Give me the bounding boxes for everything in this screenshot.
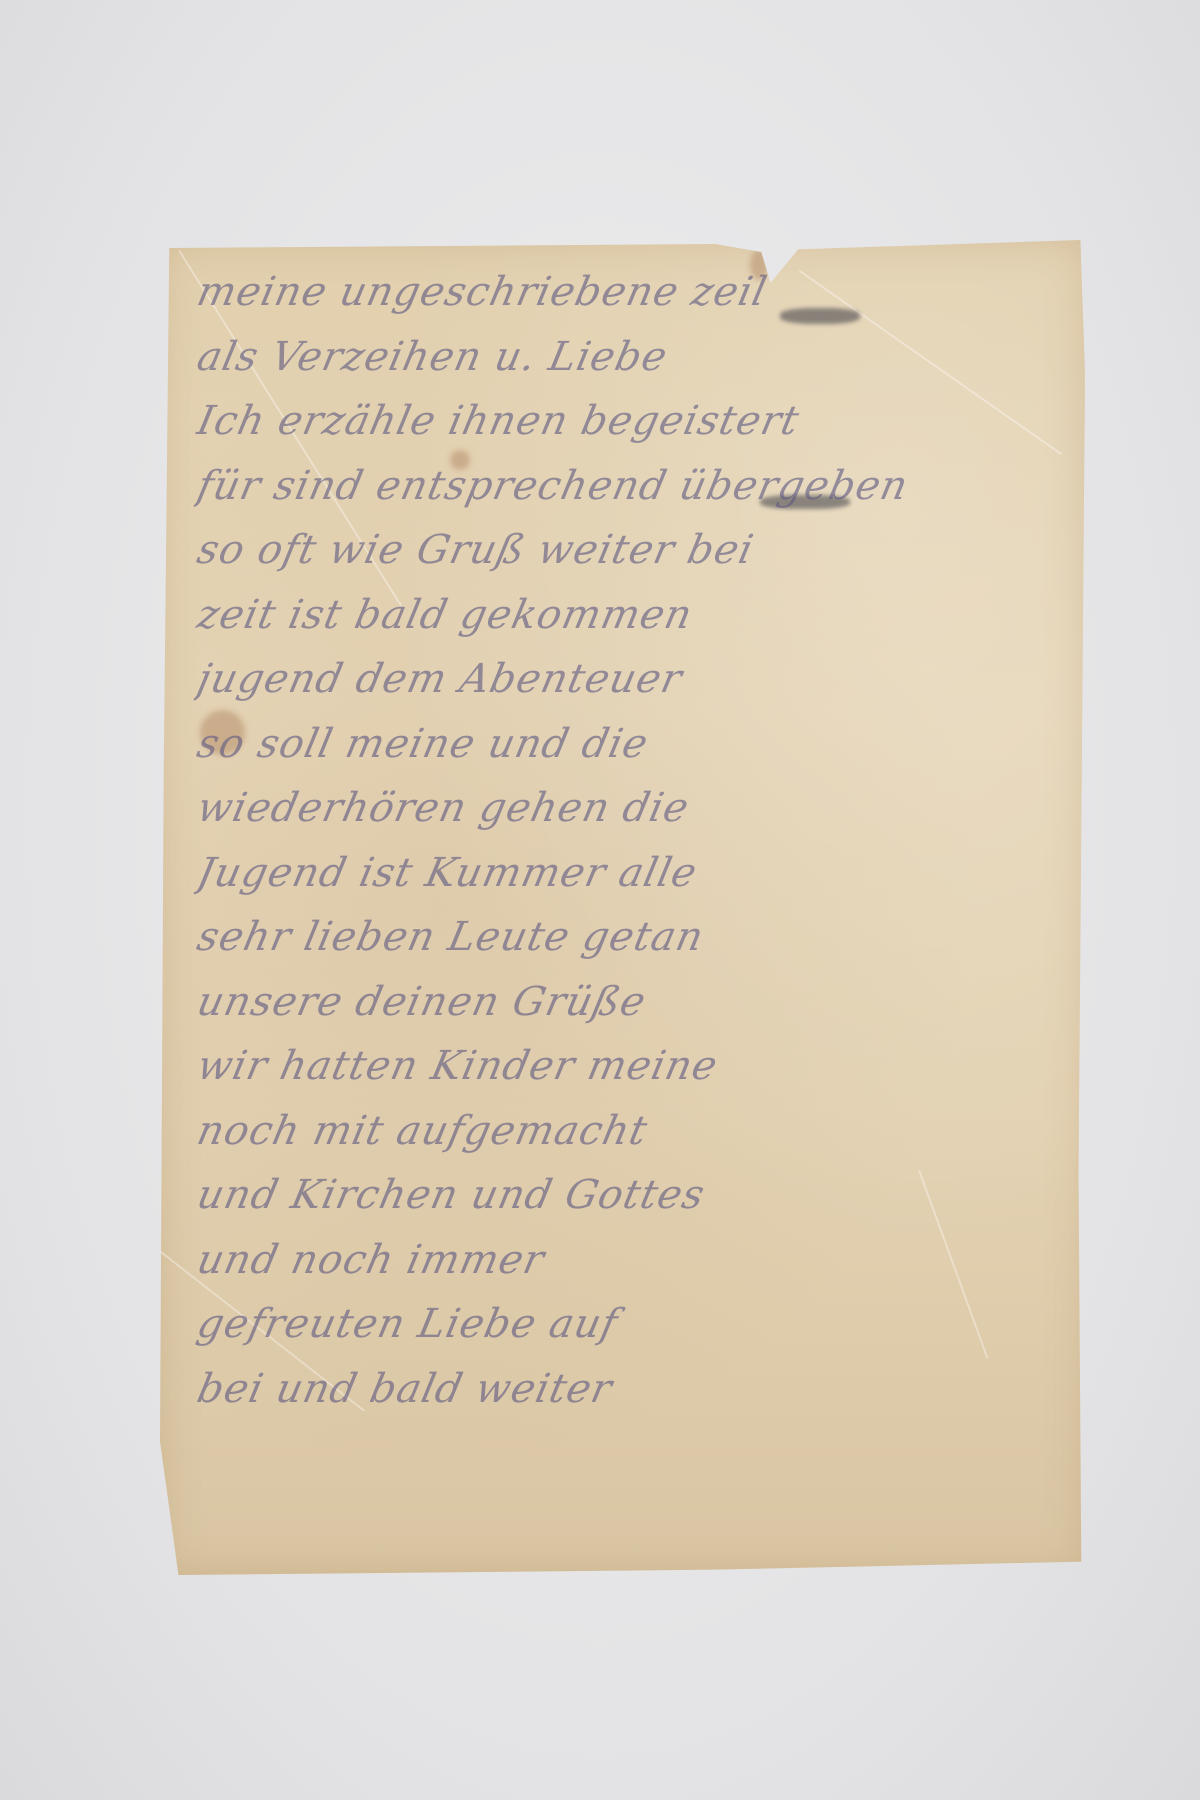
- handwritten-text: meine ungeschriebene zeil als Verzeihen …: [198, 260, 1058, 1421]
- text-line: als Verzeihen u. Liebe: [191, 325, 1065, 390]
- text-line: sehr lieben Leute getan: [191, 905, 1065, 970]
- text-line: und noch immer: [191, 1228, 1065, 1293]
- text-line: Ich erzähle ihnen begeistert: [191, 389, 1065, 454]
- text-line: für sind entsprechend übergeben: [191, 454, 1065, 519]
- text-line: wir hatten Kinder meine: [191, 1034, 1065, 1099]
- text-line: unsere deinen Grüße: [191, 970, 1065, 1035]
- text-line: so soll meine und die: [191, 712, 1065, 777]
- text-line: bei und bald weiter: [191, 1357, 1065, 1422]
- text-line: wiederhören gehen die: [191, 776, 1065, 841]
- text-line: und Kirchen und Gottes: [191, 1163, 1065, 1228]
- letter-page: meine ungeschriebene zeil als Verzeihen …: [160, 240, 1085, 1575]
- text-line: zeit ist bald gekommen: [191, 583, 1065, 648]
- text-line: noch mit aufgemacht: [191, 1099, 1065, 1164]
- text-line: meine ungeschriebene zeil: [191, 260, 1065, 325]
- text-line: so oft wie Gruß weiter bei: [191, 518, 1065, 583]
- text-line: Jugend ist Kummer alle: [191, 841, 1065, 906]
- text-line: jugend dem Abenteuer: [191, 647, 1065, 712]
- text-line: gefreuten Liebe auf: [191, 1292, 1065, 1357]
